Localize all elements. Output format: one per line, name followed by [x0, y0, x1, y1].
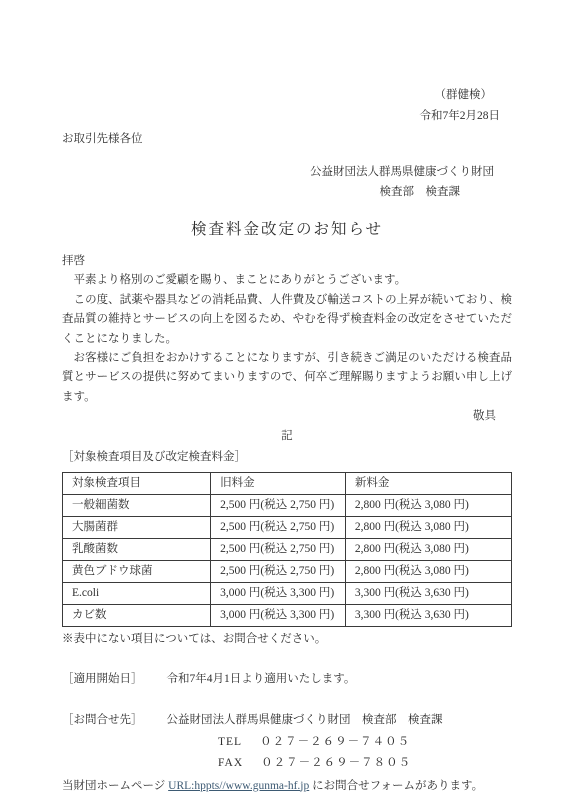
contact-organization: 公益財団法人群馬県健康づくり財団 検査部 検査課 — [167, 714, 443, 726]
table-note: ※表中にない項目については、お問合せください。 — [62, 630, 512, 649]
document-page: （群健検） 令和7年2月28日 お取引先様各位 公益財団法人群馬県健康づくり財団… — [0, 0, 565, 800]
table-cell: 3,300 円(税込 3,630 円) — [345, 604, 511, 626]
sender-organization: 公益財団法人群馬県健康づくり財団 — [62, 163, 512, 182]
table-cell: 黄色ブドウ球菌 — [63, 560, 211, 582]
homepage-line: 当財団ホームページ URL:hppts//www.gunma-hf.jp にお問… — [62, 777, 512, 796]
table-cell: 2,800 円(税込 3,080 円) — [345, 494, 511, 516]
homepage-prefix: 当財団ホームページ — [62, 780, 168, 792]
column-header: 新料金 — [345, 472, 511, 494]
record-marker: 記 — [62, 427, 512, 446]
effective-date-label: ［適用開始日］ — [62, 673, 143, 685]
body-paragraph: お客様にご負担をおかけすることになりますが、引き続きご満足のいただける検査品質と… — [62, 349, 512, 407]
table-cell: E.coli — [63, 582, 211, 604]
table-row: E.coli3,000 円(税込 3,300 円)3,300 円(税込 3,63… — [63, 582, 512, 604]
effective-date-line: ［適用開始日］令和7年4月1日より適用いたします。 — [62, 670, 512, 689]
tel-label: TEL — [218, 736, 242, 748]
homepage-url-link[interactable]: URL:hppts//www.gunma-hf.jp — [168, 780, 309, 792]
sender-department: 検査部 検査課 — [62, 183, 512, 202]
table-cell: 大腸菌群 — [63, 516, 211, 538]
document-ref: （群健検） — [62, 86, 512, 105]
table-caption: ［対象検査項目及び改定検査料金］ — [62, 448, 512, 467]
tel-number: ０２７－２６９－７４０５ — [260, 736, 410, 748]
homepage-suffix: にお問合せフォームがあります。 — [309, 780, 483, 792]
table-cell: 2,800 円(税込 3,080 円) — [345, 538, 511, 560]
salutation: 拝啓 — [62, 252, 512, 271]
table-row: 大腸菌群2,500 円(税込 2,750 円)2,800 円(税込 3,080 … — [63, 516, 512, 538]
addressee: お取引先様各位 — [62, 130, 512, 149]
column-header: 旧料金 — [211, 472, 346, 494]
table-cell: 2,500 円(税込 2,750 円) — [211, 538, 346, 560]
fax-number: ０２７－２６９－７８０５ — [261, 757, 411, 769]
table-row: 黄色ブドウ球菌2,500 円(税込 2,750 円)2,800 円(税込 3,0… — [63, 560, 512, 582]
contact-block: ［お問合せ先］公益財団法人群馬県健康づくり財団 検査部 検査課 TEL０２７－２… — [62, 711, 512, 796]
table-cell: 一般細菌数 — [63, 494, 211, 516]
table-cell: 2,500 円(税込 2,750 円) — [211, 494, 346, 516]
contact-label: ［お問合せ先］ — [62, 714, 143, 726]
table-header-row: 対象検査項目旧料金新料金 — [63, 472, 512, 494]
price-table: 対象検査項目旧料金新料金 一般細菌数2,500 円(税込 2,750 円)2,8… — [62, 472, 512, 627]
table-cell: 乳酸菌数 — [63, 538, 211, 560]
tel-line: TEL０２７－２６９－７４０５ — [62, 733, 512, 752]
document-date: 令和7年2月28日 — [62, 107, 512, 126]
fax-line: FAX０２７－２６９－７８０５ — [62, 754, 512, 773]
column-header: 対象検査項目 — [63, 472, 211, 494]
table-cell: カビ数 — [63, 604, 211, 626]
table-cell: 2,800 円(税込 3,080 円) — [345, 516, 511, 538]
effective-date-text: 令和7年4月1日より適用いたします。 — [167, 673, 356, 685]
table-cell: 3,000 円(税込 3,300 円) — [211, 582, 346, 604]
table-row: 乳酸菌数2,500 円(税込 2,750 円)2,800 円(税込 3,080 … — [63, 538, 512, 560]
table-cell: 2,800 円(税込 3,080 円) — [345, 560, 511, 582]
table-row: 一般細菌数2,500 円(税込 2,750 円)2,800 円(税込 3,080… — [63, 494, 512, 516]
table-cell: 3,300 円(税込 3,630 円) — [345, 582, 511, 604]
fax-label: FAX — [218, 757, 243, 769]
table-row: カビ数3,000 円(税込 3,300 円)3,300 円(税込 3,630 円… — [63, 604, 512, 626]
body-paragraph: 平素より格別のご愛顧を賜り、まことにありがとうございます。 — [62, 271, 512, 290]
sender-block: 公益財団法人群馬県健康づくり財団 検査部 検査課 — [62, 163, 512, 202]
table-cell: 3,000 円(税込 3,300 円) — [211, 604, 346, 626]
body-paragraph: この度、試薬や器具などの消耗品費、人件費及び輸送コストの上昇が続いており、検査品… — [62, 291, 512, 349]
body-paragraphs: 平素より格別のご愛顧を賜り、まことにありがとうございます。 この度、試薬や器具な… — [62, 271, 512, 407]
table-cell: 2,500 円(税込 2,750 円) — [211, 560, 346, 582]
contact-line: ［お問合せ先］公益財団法人群馬県健康づくり財団 検査部 検査課 — [62, 711, 512, 730]
table-cell: 2,500 円(税込 2,750 円) — [211, 516, 346, 538]
closing-word: 敬具 — [62, 407, 512, 426]
page-title: 検査料金改定のお知らせ — [62, 219, 512, 241]
